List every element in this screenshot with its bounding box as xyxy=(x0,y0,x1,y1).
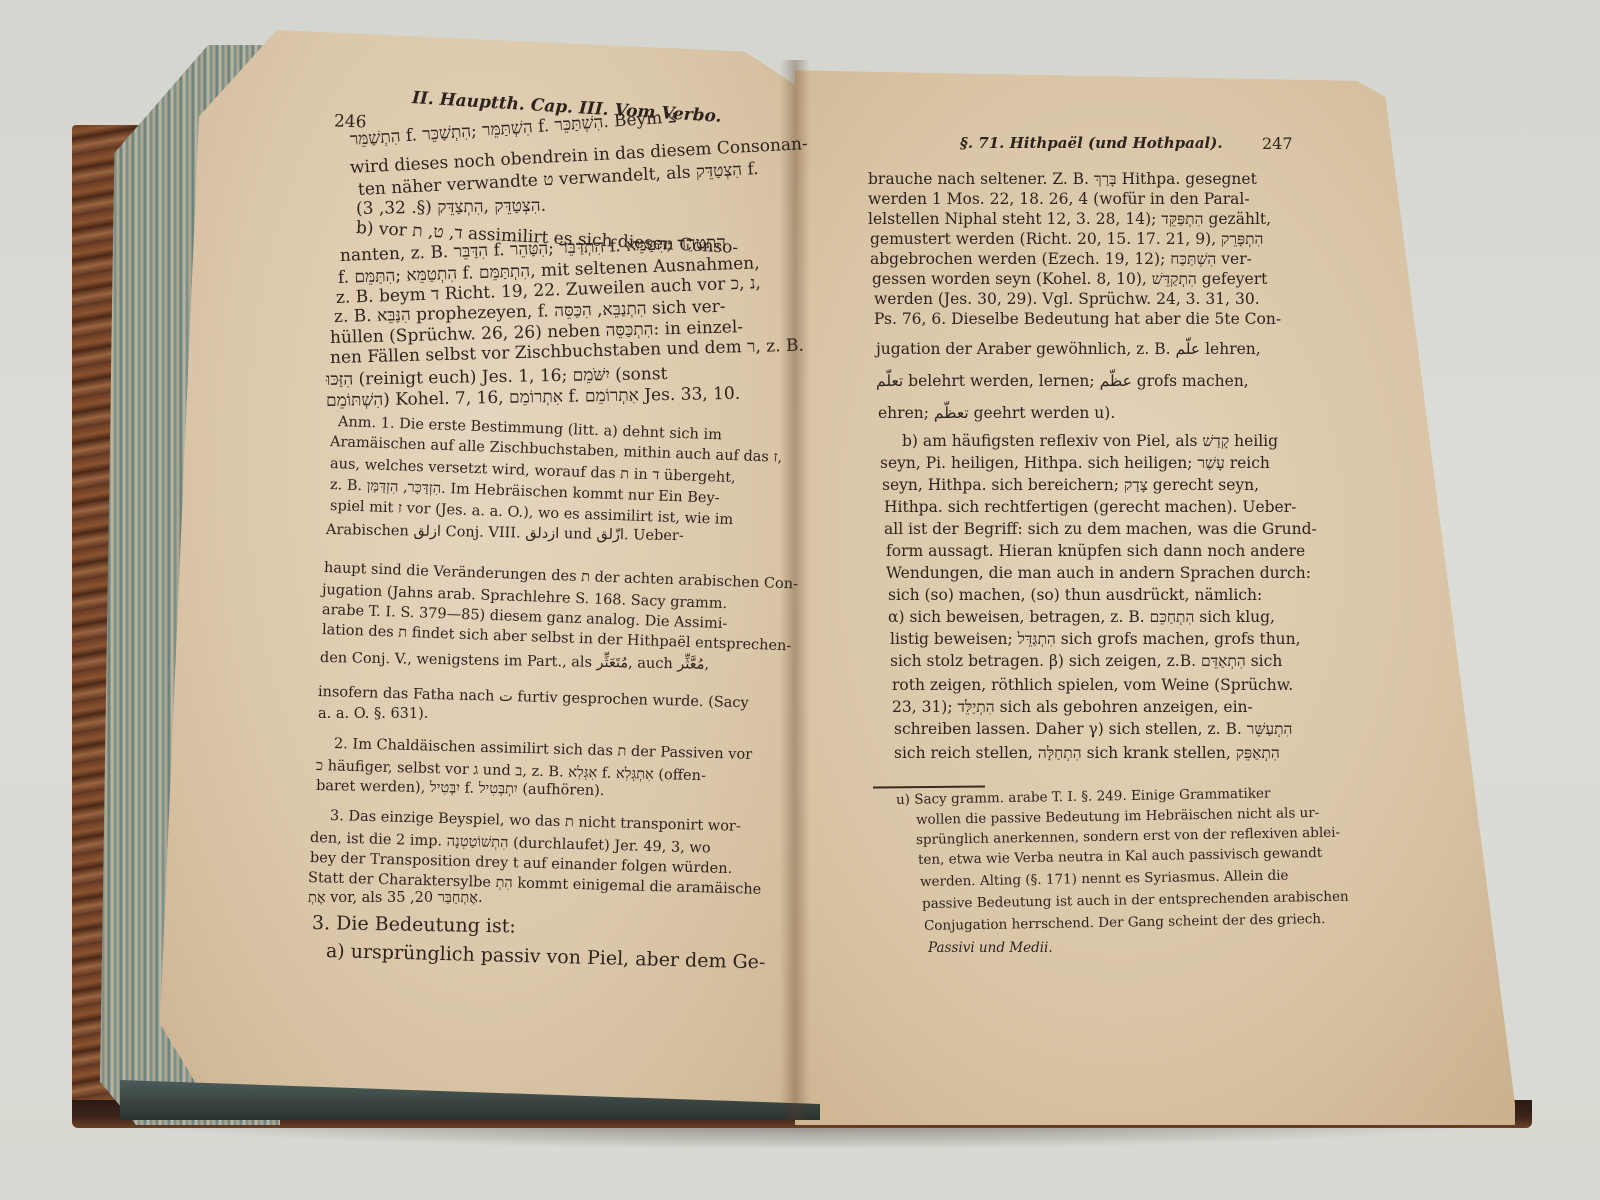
right-line: schreiben lassen. Daher γ) sich stellen,… xyxy=(894,720,1292,739)
left-line: הִצְטַדֵּק ,הִתְצַדֵּק (§. 32, 3). xyxy=(356,196,546,219)
right-line: sich reich stellen, הִתְחַלָּה sich kran… xyxy=(894,744,1280,763)
right-line: abgebrochen werden (Ezech. 19, 12); הִשְ… xyxy=(870,250,1252,269)
right-line: α) sich beweisen, betragen, z. B. הִתְחַ… xyxy=(888,608,1275,627)
right-line: all ist der Begriff: sich zu dem machen,… xyxy=(884,520,1317,538)
right-running-head: §. 71. Hithpaël (und Hothpaal). xyxy=(960,134,1223,152)
right-line: seyn, Pi. heiligen, Hithpa. sich heilige… xyxy=(880,454,1270,473)
left-note-line: אֶתְ vor, als אֶתְחַבַּר 20, 35. xyxy=(308,890,483,907)
footnote-line: Passivi und Medii. xyxy=(928,940,1053,956)
right-page-number: 247 xyxy=(1262,134,1293,153)
right-line: sich stolz betragen. β) sich zeigen, z.B… xyxy=(890,652,1282,671)
right-line: seyn, Hithpa. sich bereichern; צָדַק ger… xyxy=(882,476,1259,495)
right-line: form aussagt. Hieran knüpfen sich dann n… xyxy=(886,542,1305,560)
right-line: gemustert werden (Richt. 20, 15. 17. 21,… xyxy=(870,230,1263,249)
right-line: lelstellen Niphal steht 12, 3. 28, 14); … xyxy=(868,210,1271,229)
right-line: Hithpa. sich rechtfertigen (gerecht mach… xyxy=(884,498,1296,516)
right-line: werden 1 Mos. 22, 18. 26, 4 (wofür in de… xyxy=(868,190,1250,208)
right-line: roth zeigen, röthlich spielen, vom Weine… xyxy=(892,676,1293,694)
right-line: gessen worden seyn (Kohel. 8, 10), הִתְק… xyxy=(872,270,1267,289)
right-line: sich (so) machen, (so) thun ausdrückt, n… xyxy=(888,586,1262,604)
right-line: 23, 31); הִתְיַלֵּד sich als gebohren an… xyxy=(892,698,1253,717)
right-line: ehren; تعظّم geehrt werden u). xyxy=(878,404,1115,422)
right-line: تعلّم belehrt werden, lernen; عظّم grofs… xyxy=(876,372,1249,390)
left-note-line: a. a. O. §. 631). xyxy=(318,706,428,722)
right-line: brauche nach seltener. Z. B. בָּרַךְ Hit… xyxy=(868,170,1257,189)
right-line: Wendungen, die man auch in andern Sprach… xyxy=(886,564,1311,582)
right-line: jugation der Araber gewöhnlich, z. B. عل… xyxy=(876,340,1261,358)
right-line: listig beweisen; הִתְגַּדֵּל sich grofs … xyxy=(890,630,1301,649)
right-line: werden (Jes. 30, 29). Vgl. Sprüchw. 24, … xyxy=(874,290,1260,308)
right-line: Ps. 76, 6. Dieselbe Bedeutung hat aber d… xyxy=(874,310,1281,328)
left-section-heading: 3. Die Bedeutung ist: xyxy=(312,912,516,938)
right-line: b) am häufigsten reflexiv von Piel, als … xyxy=(902,432,1278,451)
